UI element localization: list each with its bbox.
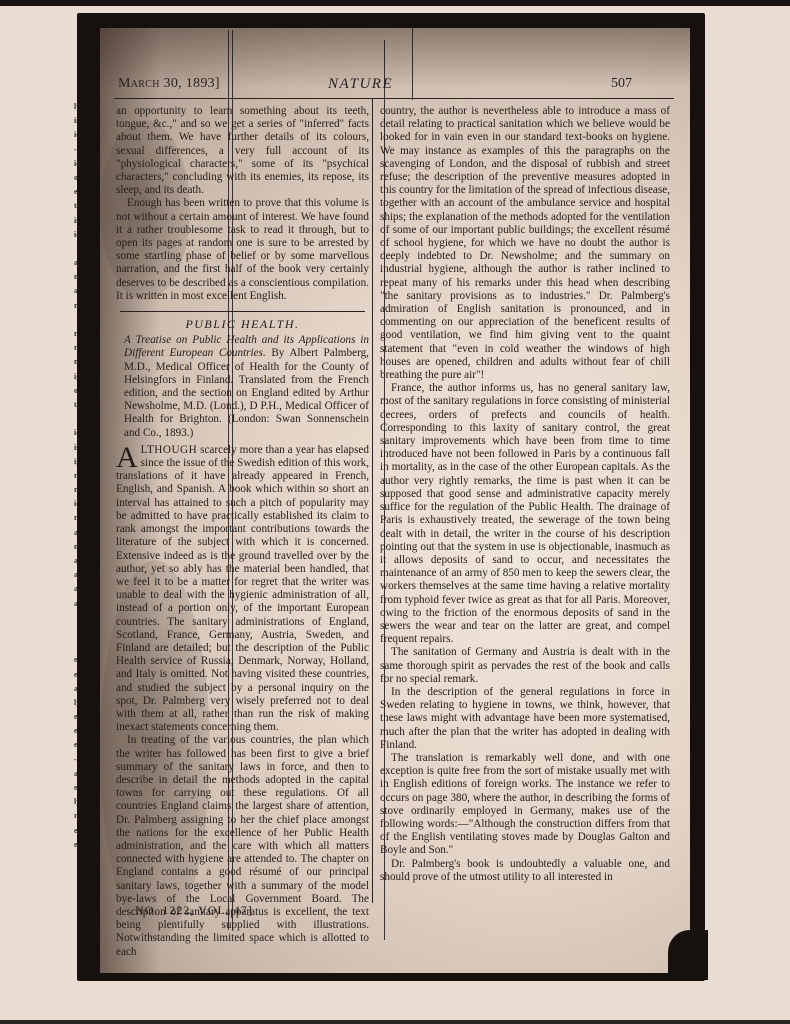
scan-artifact-line — [232, 30, 233, 930]
scan-artifact-line — [228, 30, 229, 930]
paragraph: Enough has been written to prove that th… — [116, 197, 369, 303]
book-details: By Albert Palmberg, M.D., Medical Office… — [124, 347, 369, 438]
scanner-top-edge — [0, 0, 790, 6]
scanner-bottom-edge — [0, 1020, 790, 1024]
section-rule — [120, 311, 365, 312]
drop-cap: A — [116, 446, 138, 470]
paragraph: The translation is remarkably well done,… — [380, 752, 670, 858]
left-column: an opportunity to learn something about … — [116, 105, 369, 959]
paragraph: The sanitation of Germany and Austria is… — [380, 646, 670, 686]
review-opening: ALTHOUGH scarcely more than a year has e… — [116, 444, 369, 734]
paragraph: country, the author is nevertheless able… — [380, 105, 670, 382]
header-date: March 30, 1893] — [118, 76, 220, 92]
paragraph: In treating of the various countries, th… — [116, 734, 369, 958]
paragraph: an opportunity to learn something about … — [116, 105, 369, 197]
paragraph: In the description of the general regula… — [380, 686, 670, 752]
scan-artifact-line — [412, 20, 413, 100]
paragraph-text: scarcely more than a year has elapsed si… — [116, 444, 369, 733]
right-column: country, the author is nevertheless able… — [380, 105, 670, 884]
running-header: March 30, 1893] NATURE 507 — [118, 76, 638, 96]
column-divider — [372, 98, 373, 903]
scan-artifact-line — [384, 40, 385, 940]
page-number: 507 — [611, 76, 632, 92]
header-rule — [114, 98, 674, 99]
opening-caps: LTHOUGH — [141, 444, 198, 456]
paragraph: Dr. Palmberg's book is undoubtedly a val… — [380, 858, 670, 884]
book-reference: A Treatise on Public Health and its Appl… — [116, 334, 369, 440]
issue-footer: NO. 1222, VOL. 47] — [135, 903, 253, 918]
section-title: PUBLIC HEALTH. — [116, 318, 369, 331]
page-corner-shadow — [668, 930, 708, 980]
paragraph: France, the author informs us, has no ge… — [380, 382, 670, 646]
